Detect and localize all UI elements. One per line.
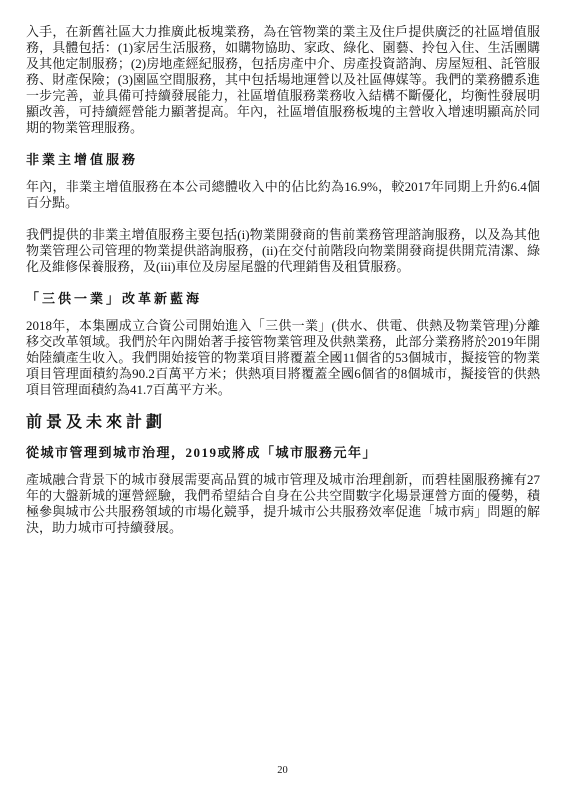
page-number: 20 xyxy=(0,765,565,776)
paragraph-city-governance: 產城融合背景下的城市發展需要高品質的城市管理及城市治理創新，而碧桂園服務擁有27… xyxy=(26,472,540,536)
paragraph-non-owner-services-scope: 我們提供的非業主增值服務主要包括(i)物業開發商的售前業務管理諮詢服務，以及為其… xyxy=(26,227,540,275)
paragraph-community-vas: 入手，在新舊社區大力推廣此板塊業務，為在管物業的業主及住戶提供廣泛的社區增值服務… xyxy=(26,24,540,136)
document-page: 入手，在新舊社區大力推廣此板塊業務，為在管物業的業主及住戶提供廣泛的社區增值服務… xyxy=(0,0,565,800)
heading-city-services-first-year: 從城市管理到城市治理，2019或將成「城市服務元年」 xyxy=(26,445,540,461)
heading-non-owner-vas: 非業主增值服務 xyxy=(26,152,540,168)
paragraph-non-owner-revenue-ratio: 年內，非業主增值服務在本公司總體收入中的佔比約為16.9%，較2017年同期上升… xyxy=(26,179,540,211)
paragraph-three-supplies-detail: 2018年，本集團成立合資公司開始進入「三供一業」(供水、供電、供熱及物業管理)… xyxy=(26,318,540,398)
heading-three-supplies-reform: 「三供一業」改革新藍海 xyxy=(26,291,540,307)
heading-outlook-future-plans: 前景及未來計劃 xyxy=(26,414,540,432)
